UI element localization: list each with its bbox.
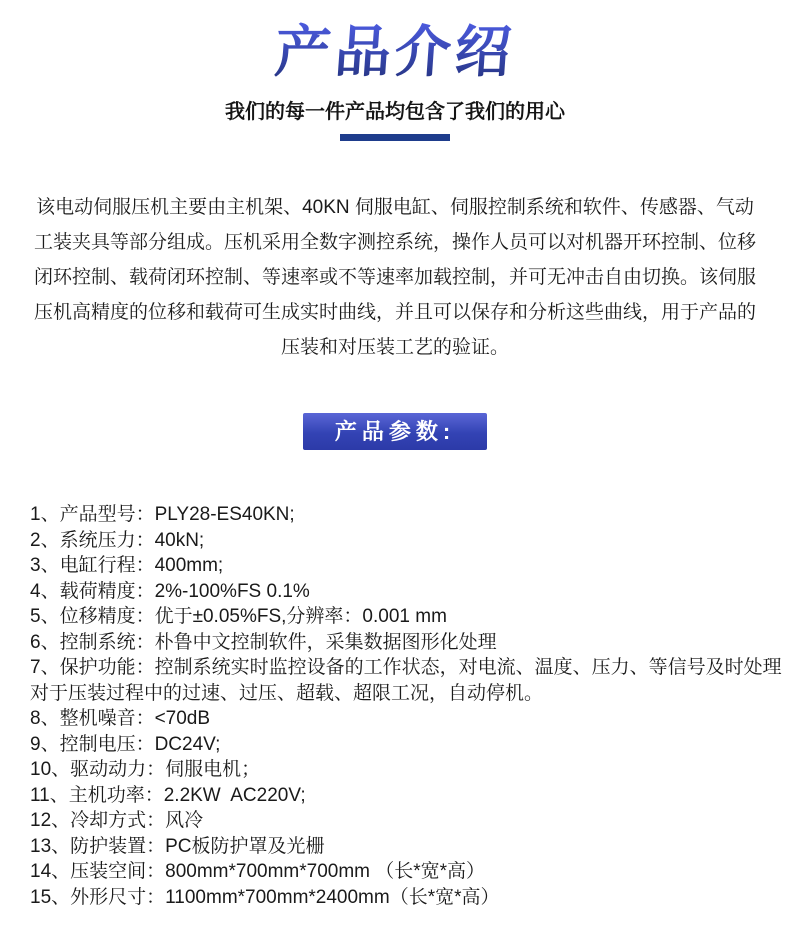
spec-item-displacement-accuracy: 5、位移精度：优于±0.05%FS,分辨率：0.001 mm (30, 604, 790, 630)
spec-item-cooling: 12、冷却方式：风冷 (30, 808, 790, 834)
product-params-banner: 产品参数: (303, 413, 487, 450)
product-intro-page: 产品介绍 我们的每一件产品均包含了我们的用心 该电动伺服压机主要由主机架、40K… (0, 0, 790, 930)
subtitle-underline (340, 134, 450, 141)
spec-item-load-accuracy: 4、载荷精度：2%-100%FS 0.1% (30, 579, 790, 605)
spec-item-dimensions: 15、外形尺寸：1100mm*700mm*2400mm（长*宽*高） (30, 885, 790, 911)
spec-item-protective-device: 13、防护装置：PC板防护罩及光栅 (30, 834, 790, 860)
intro-paragraph: 该电动伺服压机主要由主机架、40KN 伺服电缸、伺服控制系统和软件、传感器、气动… (28, 190, 762, 365)
spec-item-protection: 7、保护功能：控制系统实时监控设备的工作状态，对电流、温度、压力、等信号及时处理… (30, 655, 790, 706)
spec-list: 1、产品型号：PLY28-ES40KN; 2、系统压力：40kN; 3、电缸行程… (30, 502, 790, 910)
spec-item-press-space: 14、压装空间：800mm*700mm*700mm （长*宽*高） (30, 859, 790, 885)
spec-item-cylinder-stroke: 3、电缸行程：400mm; (30, 553, 790, 579)
spec-item-noise: 8、整机噪音：<70dB (30, 706, 790, 732)
spec-item-control-system: 6、控制系统：朴鲁中文控制软件，采集数据图形化处理 (30, 630, 790, 656)
page-title: 产品介绍 (0, 20, 790, 84)
spec-item-control-voltage: 9、控制电压：DC24V; (30, 732, 790, 758)
spec-item-system-pressure: 2、系统压力：40kN; (30, 528, 790, 554)
spec-item-drive-power: 10、驱动动力：伺服电机； (30, 757, 790, 783)
page-subtitle: 我们的每一件产品均包含了我们的用心 (0, 100, 790, 124)
spec-item-main-power: 11、主机功率：2.2KW AC220V; (30, 783, 790, 809)
spec-item-model: 1、产品型号：PLY28-ES40KN; (30, 502, 790, 528)
